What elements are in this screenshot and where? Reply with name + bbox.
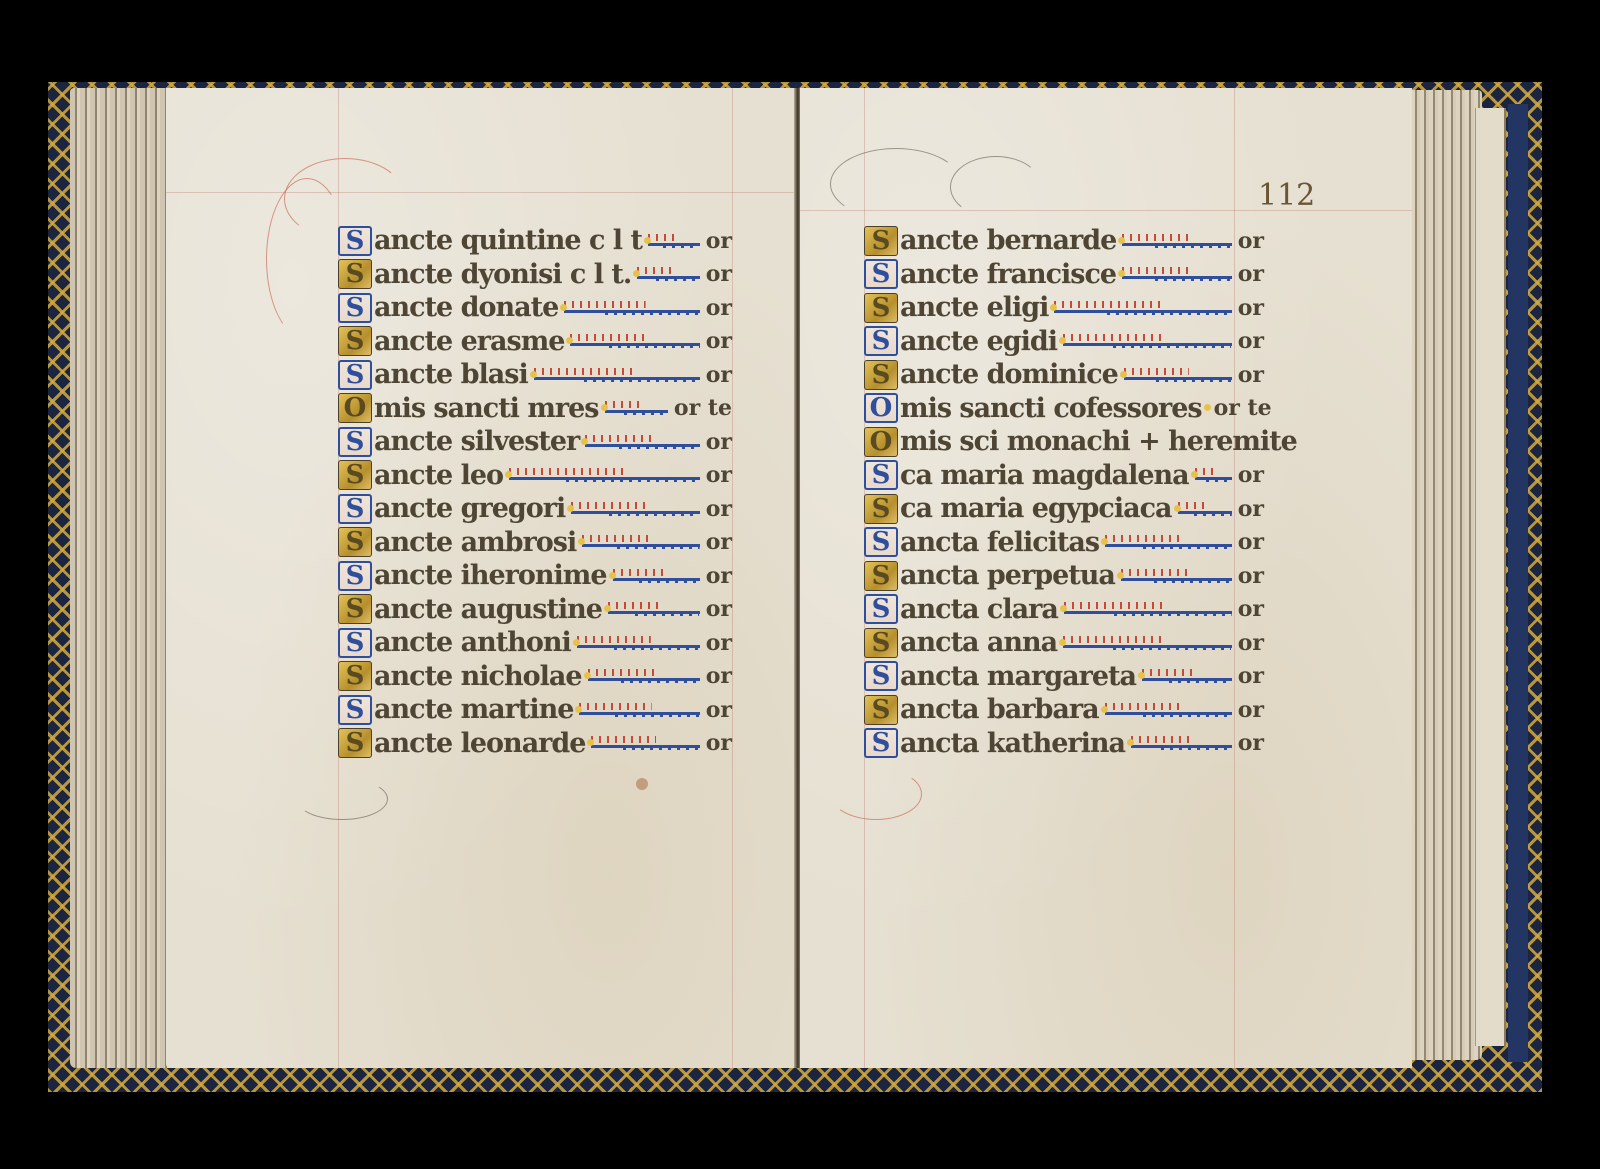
- line-filler: [577, 636, 700, 650]
- litany-text-block: S ancte bernarde or S ancte francisce or…: [864, 224, 1264, 760]
- gold-dot: [1059, 639, 1066, 646]
- line-filler: [582, 535, 699, 549]
- line-filler: [608, 602, 700, 616]
- saint-invocation: ancte francisce: [900, 259, 1116, 290]
- line-filler: [1178, 502, 1232, 516]
- penwork-flourish: [296, 778, 388, 820]
- line-filler: [1131, 736, 1232, 750]
- saint-invocation: ca maria egypciaca: [900, 493, 1172, 524]
- gold-dot: [575, 706, 582, 713]
- ora-pro-nobis-abbrev: or: [706, 529, 732, 555]
- gold-dot: [567, 505, 574, 512]
- illuminated-initial: S: [338, 728, 372, 758]
- litany-line: O mis sancti cofessores or te: [864, 392, 1264, 426]
- gold-dot: [644, 237, 651, 244]
- litany-line: S ancte francisce or: [864, 258, 1264, 292]
- saint-invocation: ancte martine: [374, 694, 573, 725]
- line-filler: [571, 502, 699, 516]
- gold-dot: [1127, 739, 1134, 746]
- saint-invocation: ancte leo: [374, 460, 503, 491]
- saint-invocation: ancte augustine: [374, 594, 602, 625]
- saint-invocation: mis sancti cofessores: [900, 393, 1202, 424]
- illuminated-initial: S: [338, 427, 372, 457]
- right-page: 112 S ancte bernarde or S ancte francisc…: [800, 88, 1412, 1068]
- illuminated-initial: S: [338, 460, 372, 490]
- saint-invocation: ancta margareta: [900, 661, 1136, 692]
- litany-line: S ancte blasi or: [338, 358, 732, 392]
- gold-dot: [604, 605, 611, 612]
- gold-dot: [601, 404, 608, 411]
- ora-pro-nobis-abbrev: or: [706, 596, 732, 622]
- saint-invocation: ancta katherina: [900, 728, 1125, 759]
- saint-invocation: ancte blasi: [374, 359, 528, 390]
- ora-pro-nobis-abbrev: or: [706, 730, 732, 756]
- ora-pro-nobis-abbrev: or: [706, 630, 732, 656]
- litany-line: S ancte iheronime or: [338, 559, 732, 593]
- illuminated-initial: S: [864, 695, 898, 725]
- line-filler: [591, 736, 699, 750]
- line-filler: [637, 267, 699, 281]
- flyleaf: [1475, 108, 1506, 1046]
- gold-dot: [584, 672, 591, 679]
- litany-line: S ancte dyonisi c l t. or: [338, 258, 732, 292]
- saint-invocation: ancte donate: [374, 292, 558, 323]
- ora-pro-nobis-abbrev: or: [1238, 462, 1264, 488]
- saint-invocation: ancta perpetua: [900, 560, 1115, 591]
- illuminated-initial: S: [338, 561, 372, 591]
- gold-dot: [566, 337, 573, 344]
- illuminated-initial: S: [338, 326, 372, 356]
- line-filler: [1105, 703, 1232, 717]
- saint-invocation: ancte quintine c l t: [374, 225, 642, 256]
- litany-line: S ancta felicitas or: [864, 526, 1264, 560]
- line-filler: [534, 368, 700, 382]
- line-filler: [1142, 669, 1232, 683]
- litany-line: S ancte dominice or: [864, 358, 1264, 392]
- saint-invocation: ancte nicholae: [374, 661, 582, 692]
- illuminated-initial: O: [338, 393, 372, 423]
- line-filler: [1105, 535, 1232, 549]
- penwork-flourish: [266, 178, 348, 340]
- litany-line: O mis sancti mres or te: [338, 392, 732, 426]
- saint-invocation: ancte anthoni: [374, 627, 571, 658]
- saint-invocation: ancte egidi: [900, 326, 1057, 357]
- penwork-flourish: [830, 148, 962, 220]
- line-filler: [1124, 368, 1232, 382]
- illuminated-initial: S: [338, 527, 372, 557]
- line-filler: [509, 468, 700, 482]
- line-filler: [648, 234, 700, 248]
- illuminated-initial: S: [338, 293, 372, 323]
- illuminated-initial: S: [864, 628, 898, 658]
- gold-dot: [530, 371, 537, 378]
- litany-line: S ancte nicholae or: [338, 660, 732, 694]
- ora-pro-nobis-abbrev: or: [706, 328, 732, 354]
- litany-line: S ancta anna or: [864, 626, 1264, 660]
- ora-pro-nobis-abbrev: or: [1238, 529, 1264, 555]
- litany-line: S ancte bernarde or: [864, 224, 1264, 258]
- gold-dot: [581, 438, 588, 445]
- gold-dot: [1050, 304, 1057, 311]
- illuminated-initial: S: [864, 226, 898, 256]
- ora-pro-nobis-abbrev: or: [706, 228, 732, 254]
- line-filler: [1122, 234, 1231, 248]
- saint-invocation: ancta felicitas: [900, 527, 1099, 558]
- ora-pro-nobis-abbrev: or: [1238, 496, 1264, 522]
- gold-dot: [1138, 672, 1145, 679]
- saint-invocation: ancte dominice: [900, 359, 1118, 390]
- litany-line: S ca maria magdalena or: [864, 459, 1264, 493]
- ora-pro-nobis-abbrev: or: [1238, 295, 1264, 321]
- gold-dot: [633, 270, 640, 277]
- illuminated-initial: S: [864, 494, 898, 524]
- illuminated-initial: S: [864, 661, 898, 691]
- ora-pro-nobis-abbrev: or: [1238, 328, 1264, 354]
- ora-pro-nobis-abbrev: or: [706, 462, 732, 488]
- litany-line: S ancta barbara or: [864, 693, 1264, 727]
- saint-invocation: mis sci monachi + heremite: [900, 426, 1297, 457]
- folio-number: 112: [1258, 178, 1315, 213]
- litany-line: S ca maria egypciaca or: [864, 492, 1264, 526]
- ora-pro-nobis-abbrev: or: [1238, 362, 1264, 388]
- saint-invocation: ancte leonarde: [374, 728, 585, 759]
- blue-leather-turn-in: [1508, 104, 1528, 1062]
- saint-invocation: ancte erasme: [374, 326, 564, 357]
- litany-line: O mis sci monachi + heremite: [864, 425, 1264, 459]
- illuminated-initial: S: [864, 527, 898, 557]
- saint-invocation: ancte silvester: [374, 426, 579, 457]
- illuminated-initial: S: [864, 594, 898, 624]
- saint-invocation: ancte gregori: [374, 493, 565, 524]
- gold-dot: [1118, 237, 1125, 244]
- litany-line: S ancte quintine c l t or: [338, 224, 732, 258]
- gold-dot: [1117, 572, 1124, 579]
- illuminated-initial: S: [338, 360, 372, 390]
- line-filler: [1063, 334, 1232, 348]
- gold-dot: [573, 639, 580, 646]
- ruling-line: [732, 88, 733, 1068]
- line-filler: [564, 301, 699, 315]
- illuminated-initial: S: [864, 259, 898, 289]
- litany-line: S ancte augustine or: [338, 593, 732, 627]
- ora-pro-nobis-abbrev: or: [706, 663, 732, 689]
- gold-dot: [587, 739, 594, 746]
- ora-pro-nobis-abbrev: or: [1238, 596, 1264, 622]
- litany-line: S ancte ambrosi or: [338, 526, 732, 560]
- ora-pro-nobis-abbrev: or: [706, 295, 732, 321]
- gold-dot: [1204, 404, 1211, 411]
- ruling-line: [166, 192, 798, 193]
- line-filler: [1064, 602, 1232, 616]
- gold-dot: [1118, 270, 1125, 277]
- saint-invocation: ca maria magdalena: [900, 460, 1189, 491]
- line-filler: [1122, 267, 1232, 281]
- gold-dot: [1059, 337, 1066, 344]
- ora-pro-nobis-abbrev: or: [1238, 663, 1264, 689]
- litany-line: S ancte leonarde or: [338, 727, 732, 761]
- ora-pro-nobis-abbrev: or: [1238, 730, 1264, 756]
- illuminated-initial: S: [864, 728, 898, 758]
- illuminated-initial: S: [864, 360, 898, 390]
- gold-dot: [560, 304, 567, 311]
- gold-dot: [1101, 538, 1108, 545]
- illuminated-initial: S: [338, 226, 372, 256]
- litany-line: S ancte silvester or: [338, 425, 732, 459]
- saint-invocation: ancta clara: [900, 594, 1058, 625]
- line-filler: [1054, 301, 1231, 315]
- illuminated-initial: S: [338, 259, 372, 289]
- ora-pro-nobis-abbrev: or: [706, 261, 732, 287]
- gold-dot: [609, 572, 616, 579]
- line-filler: [605, 401, 668, 415]
- litany-line: S ancta clara or: [864, 593, 1264, 627]
- illuminated-initial: S: [338, 695, 372, 725]
- ora-pro-nobis-abbrev: or: [1238, 261, 1264, 287]
- illuminated-initial: S: [338, 661, 372, 691]
- ora-pro-nobis-abbrev: or: [706, 362, 732, 388]
- line-filler: [585, 435, 699, 449]
- saint-invocation: ancte dyonisi c l t.: [374, 259, 631, 290]
- ora-pro-nobis-abbrev: or te: [674, 395, 732, 421]
- ora-pro-nobis-abbrev: or: [1238, 228, 1264, 254]
- ora-pro-nobis-abbrev: or: [1238, 697, 1264, 723]
- gold-dot: [1060, 605, 1067, 612]
- litany-line: S ancte eligi or: [864, 291, 1264, 325]
- litany-line: S ancta margareta or: [864, 660, 1264, 694]
- gold-dot: [578, 538, 585, 545]
- line-filler: [1063, 636, 1232, 650]
- litany-line: S ancte egidi or: [864, 325, 1264, 359]
- litany-line: S ancte martine or: [338, 693, 732, 727]
- penwork-flourish: [950, 156, 1042, 218]
- line-filler: [1195, 468, 1232, 482]
- gold-dot: [505, 471, 512, 478]
- illuminated-initial: S: [864, 561, 898, 591]
- saint-invocation: mis sancti mres: [374, 393, 599, 424]
- penwork-flourish: [830, 768, 922, 820]
- saint-invocation: ancta anna: [900, 627, 1057, 658]
- illuminated-initial: O: [864, 393, 898, 423]
- ora-pro-nobis-abbrev: or: [1238, 563, 1264, 589]
- gold-dot: [1191, 471, 1198, 478]
- litany-text-block: S ancte quintine c l t or S ancte dyonis…: [338, 224, 732, 760]
- line-filler: [570, 334, 699, 348]
- line-filler: [579, 703, 699, 717]
- litany-line: S ancta perpetua or: [864, 559, 1264, 593]
- illuminated-initial: S: [338, 628, 372, 658]
- illuminated-initial: O: [864, 427, 898, 457]
- saint-invocation: ancte ambrosi: [374, 527, 576, 558]
- ora-pro-nobis-abbrev: or: [706, 697, 732, 723]
- litany-line: S ancte erasme or: [338, 325, 732, 359]
- line-filler: [1121, 569, 1232, 583]
- open-book: S ancte quintine c l t or S ancte dyonis…: [48, 82, 1542, 1092]
- stain: [636, 778, 648, 790]
- saint-invocation: ancte bernarde: [900, 225, 1116, 256]
- left-page: S ancte quintine c l t or S ancte dyonis…: [166, 88, 798, 1068]
- litany-line: S ancte anthoni or: [338, 626, 732, 660]
- illuminated-initial: S: [864, 326, 898, 356]
- gold-dot: [1120, 371, 1127, 378]
- illuminated-initial: S: [864, 460, 898, 490]
- ora-pro-nobis-abbrev: or te: [1214, 395, 1272, 421]
- litany-line: S ancte gregori or: [338, 492, 732, 526]
- saint-invocation: ancta barbara: [900, 694, 1099, 725]
- illuminated-initial: S: [864, 293, 898, 323]
- illuminated-initial: S: [338, 594, 372, 624]
- litany-line: S ancte leo or: [338, 459, 732, 493]
- litany-line: S ancte donate or: [338, 291, 732, 325]
- ora-pro-nobis-abbrev: or: [706, 563, 732, 589]
- ora-pro-nobis-abbrev: or: [1238, 630, 1264, 656]
- saint-invocation: ancte eligi: [900, 292, 1048, 323]
- litany-line: S ancta katherina or: [864, 727, 1264, 761]
- gold-dot: [1101, 706, 1108, 713]
- line-filler: [588, 669, 700, 683]
- illuminated-initial: S: [338, 494, 372, 524]
- saint-invocation: ancte iheronime: [374, 560, 607, 591]
- ora-pro-nobis-abbrev: or: [706, 429, 732, 455]
- line-filler: [613, 569, 700, 583]
- gold-dot: [1174, 505, 1181, 512]
- ora-pro-nobis-abbrev: or: [706, 496, 732, 522]
